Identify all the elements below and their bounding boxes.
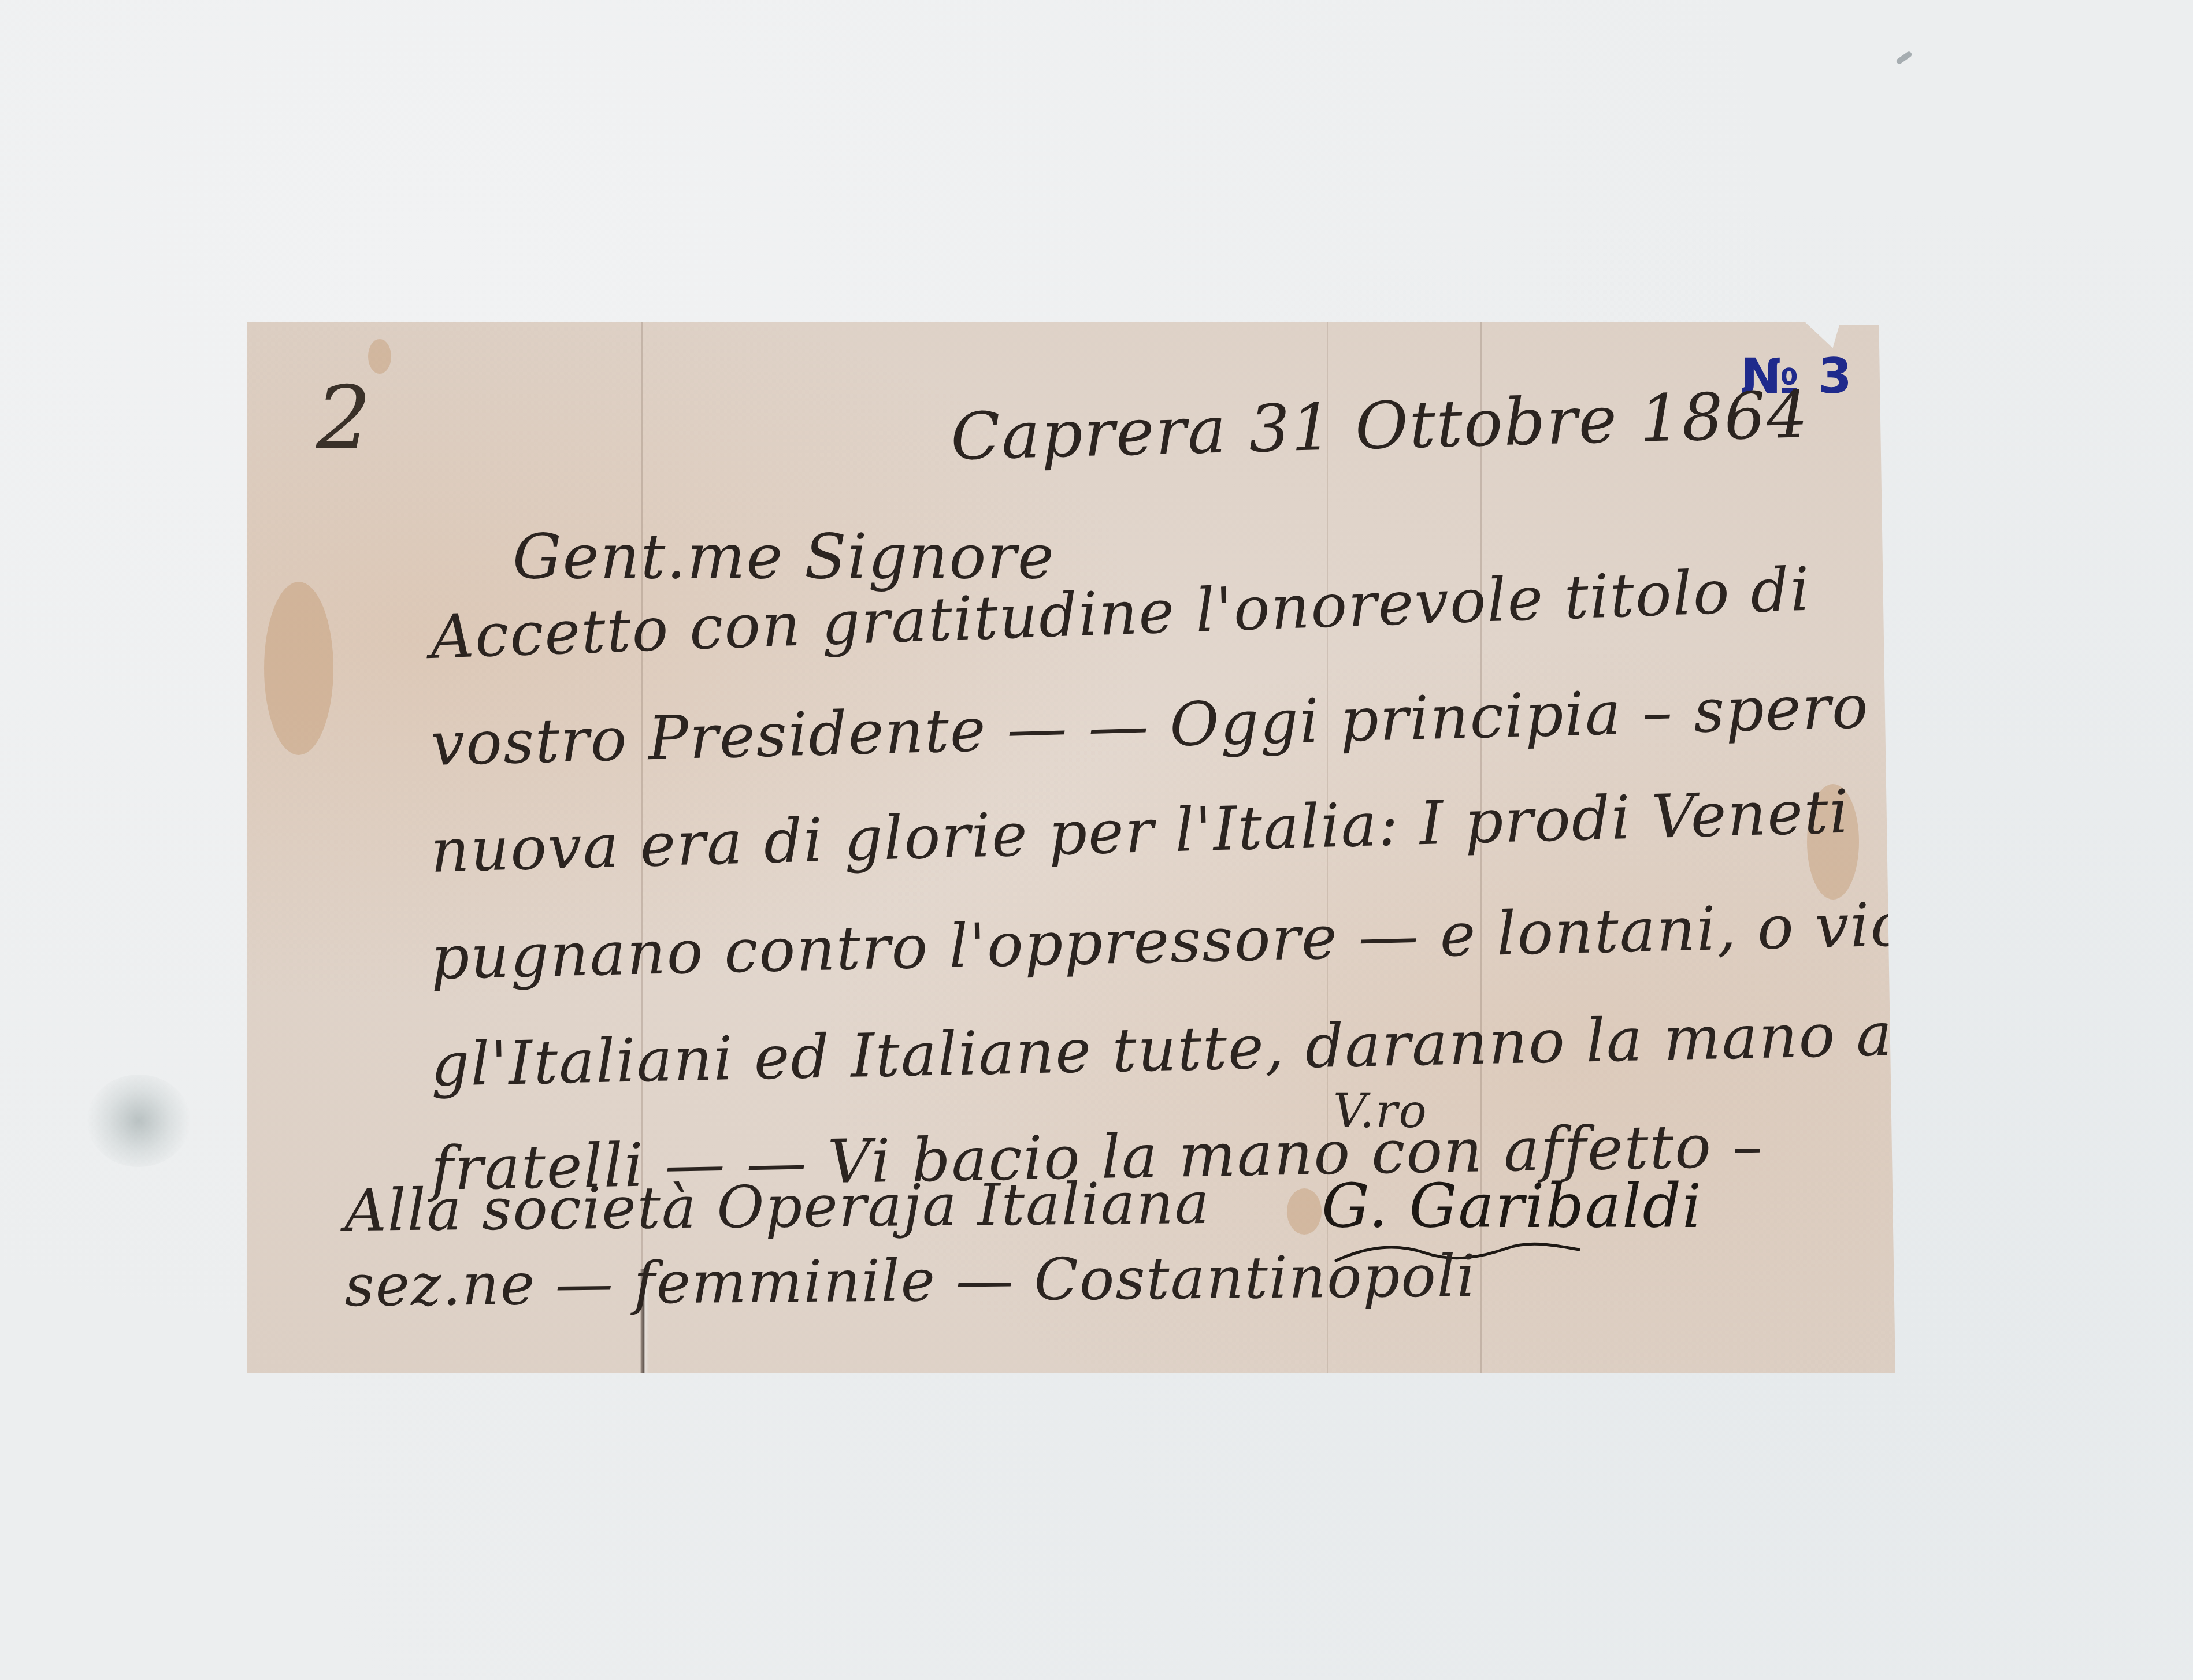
closing-abbreviation: V.ro [1333,1084,1428,1138]
salutation: Gent.me Signore [513,521,1055,592]
age-stain [1287,1188,1322,1235]
mount-smudge [87,1075,191,1167]
letter-sheet: 2 № 3 Caprera 31 Ottobre 1864 Gent.me Si… [247,322,1895,1373]
body-line: pugnano contro l'oppressore — e lontani,… [430,886,2038,993]
page-number: 2 [316,368,372,469]
dateline: Caprera 31 Ottobre 1864 [950,377,1810,475]
body-line: vostro Presidente — — Oggi principia – s… [430,666,2058,779]
address-line: sez.ne — femminile — Costantinopoli [344,1242,1476,1320]
mount-mark [1895,50,1913,65]
signature: G. Garibaldi [1322,1171,1702,1242]
address-line: Alla società Operaja Italiana [344,1169,1211,1244]
body-line: gl'Italiani ed Italiane tutte, daranno l… [430,998,1914,1100]
age-stain [264,582,333,755]
body-line: nuova era di glorie per l'Italia: I prod… [430,776,1851,886]
